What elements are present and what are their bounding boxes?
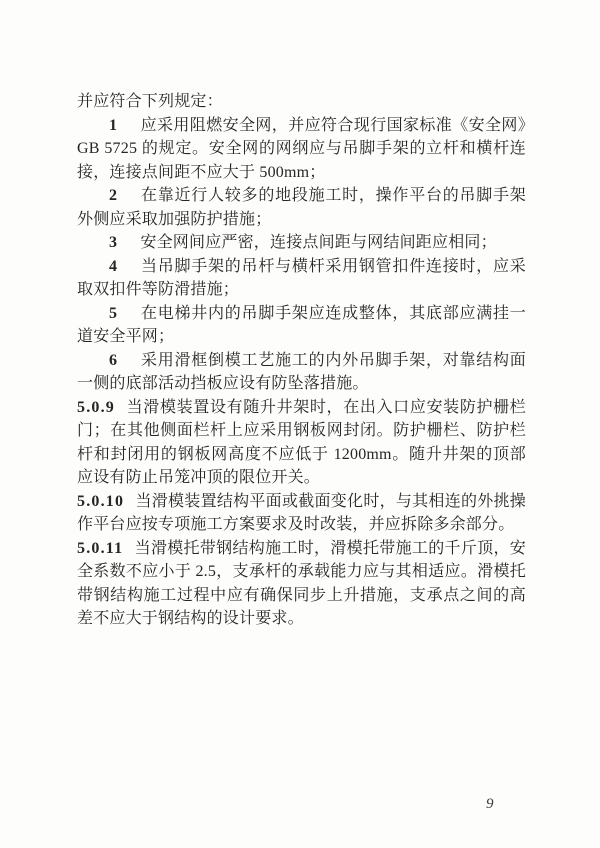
clause-number: 5.0.10: [77, 493, 124, 510]
item-number: 2: [109, 187, 117, 204]
document-page: 并应符合下列规定： 1应采用阻燃安全网，并应符合现行国家标准《安全网》GB 57…: [0, 0, 600, 848]
item-number: 1: [109, 117, 117, 134]
clause-number: 5.0.9: [77, 399, 115, 416]
clause-text: 当滑模托带钢结构施工时，滑模托带施工的千斤顶，安全系数不应小于 2.5，支承杆的…: [77, 540, 526, 628]
list-item-1: 1应采用阻燃安全网，并应符合现行国家标准《安全网》GB 5725 的规定。安全网…: [77, 114, 526, 185]
clause-5-0-9: 5.0.9当滑模装置设有随升井架时，在出入口应安装防护栅栏门；在其他侧面栏杆上应…: [77, 396, 526, 490]
list-item-6: 6采用滑框倒模工艺施工的内外吊脚手架，对靠结构面一侧的底部活动挡板应设有防坠落措…: [77, 349, 526, 396]
item-text: 采用滑框倒模工艺施工的内外吊脚手架，对靠结构面一侧的底部活动挡板应设有防坠落措施…: [77, 352, 526, 393]
body-text: 并应符合下列规定： 1应采用阻燃安全网，并应符合现行国家标准《安全网》GB 57…: [77, 90, 526, 631]
item-number: 3: [109, 234, 117, 251]
clause-5-0-10: 5.0.10当滑模装置结构平面或截面变化时，与其相连的外挑操作平台应按专项施工方…: [77, 490, 526, 537]
item-text: 安全网间应严密，连接点间距与网结间距应相同；: [140, 234, 496, 251]
item-number: 4: [109, 258, 117, 275]
item-text: 在靠近行人较多的地段施工时，操作平台的吊脚手架外侧应采取加强防护措施；: [77, 187, 526, 228]
clause-text: 当滑模装置设有随升井架时，在出入口应安装防护栅栏门；在其他侧面栏杆上应采用钢板网…: [77, 399, 526, 487]
item-number: 5: [109, 305, 117, 322]
list-item-2: 2在靠近行人较多的地段施工时，操作平台的吊脚手架外侧应采取加强防护措施；: [77, 184, 526, 231]
list-item-5: 5在电梯井内的吊脚手架应连成整体，其底部应满挂一道安全平网；: [77, 302, 526, 349]
page-number: 9: [486, 796, 494, 813]
item-text: 应采用阻燃安全网，并应符合现行国家标准《安全网》GB 5725 的规定。安全网的…: [77, 117, 526, 181]
intro-line: 并应符合下列规定：: [77, 90, 526, 114]
item-text: 当吊脚手架的吊杆与横杆采用钢管扣件连接时，应采取双扣件等防滑措施；: [77, 258, 526, 299]
clause-number: 5.0.11: [77, 540, 123, 557]
clause-text: 当滑模装置结构平面或截面变化时，与其相连的外挑操作平台应按专项施工方案要求及时改…: [77, 493, 526, 534]
item-text: 在电梯井内的吊脚手架应连成整体，其底部应满挂一道安全平网；: [77, 305, 526, 346]
list-item-4: 4当吊脚手架的吊杆与横杆采用钢管扣件连接时，应采取双扣件等防滑措施；: [77, 255, 526, 302]
clause-5-0-11: 5.0.11当滑模托带钢结构施工时，滑模托带施工的千斤顶，安全系数不应小于 2.…: [77, 537, 526, 631]
list-item-3: 3安全网间应严密，连接点间距与网结间距应相同；: [77, 231, 526, 255]
item-number: 6: [109, 352, 117, 369]
